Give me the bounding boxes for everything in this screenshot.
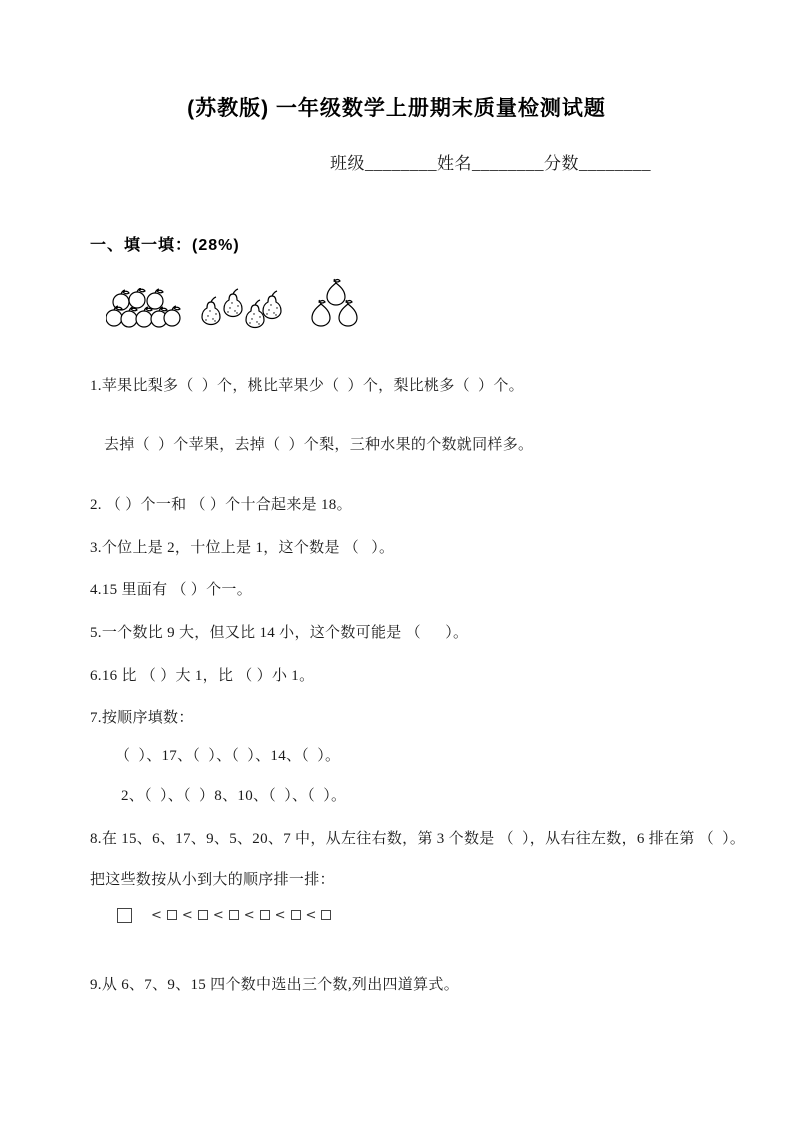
answer-box: [198, 910, 208, 920]
question-8: 8.在 15、6、17、9、5、20、7 中，从左往右数，第 3 个数是 （ ）…: [90, 830, 745, 849]
answer-box: [291, 910, 301, 920]
question-1-part2: 去掉（ ）个苹果，去掉（ ）个梨，三种水果的个数就同样多。: [104, 436, 533, 455]
document-title: (苏教版) 一年级数学上册期末质量检测试题: [0, 92, 793, 122]
pears-image: [199, 288, 283, 330]
apples-image: [106, 288, 182, 330]
question-4: 4.15 里面有 （ ）个一。: [90, 581, 252, 600]
answer-box: [117, 908, 132, 923]
less-than-sign: <: [213, 908, 224, 923]
question-8-part2: 把这些数按从小到大的顺序排一排：: [90, 871, 335, 890]
sequence-line-1: （ ）、17、（ ）、（ ）、14、（ ）。: [115, 747, 340, 766]
question-7: 7.按顺序填数：: [90, 709, 194, 728]
question-5: 5.一个数比 9 大，但又比 14 小，这个数可能是 （ ）。: [90, 624, 468, 643]
question-6: 6.16 比 （ ）大 1，比 （ ）小 1。: [90, 667, 314, 686]
peaches-image: [309, 278, 363, 328]
sequence-line-2: 2、（ ）、（ ）8、10、（ ）、（ ）。: [121, 787, 346, 806]
answer-box: [229, 910, 239, 920]
question-1: 1.苹果比梨多（ ）个，桃比苹果少（ ）个，梨比桃多（ ）个。: [90, 377, 524, 396]
answer-box: [167, 910, 177, 920]
student-info-line: 班级________姓名________分数________: [330, 149, 651, 174]
answer-box: [260, 910, 270, 920]
less-than-sign: <: [275, 908, 286, 923]
less-than-sign: <: [306, 908, 317, 923]
less-than-sign: <: [151, 908, 162, 923]
question-2: 2. （ ）个一和 （ ）个十合起来是 18。: [90, 496, 352, 515]
less-than-sign: <: [182, 908, 193, 923]
sort-answer-row: < < < < < <: [115, 905, 333, 925]
question-3: 3.个位上是 2，十位上是 1，这个数是 （ ）。: [90, 539, 394, 558]
less-than-sign: <: [244, 908, 255, 923]
section-heading: 一、填一填：(28%): [90, 232, 240, 255]
worksheet-page: (苏教版) 一年级数学上册期末质量检测试题 班级________姓名______…: [0, 0, 793, 1122]
answer-box: [321, 910, 331, 920]
question-9: 9.从 6、7、9、15 四个数中选出三个数,列出四道算式。: [90, 976, 459, 995]
